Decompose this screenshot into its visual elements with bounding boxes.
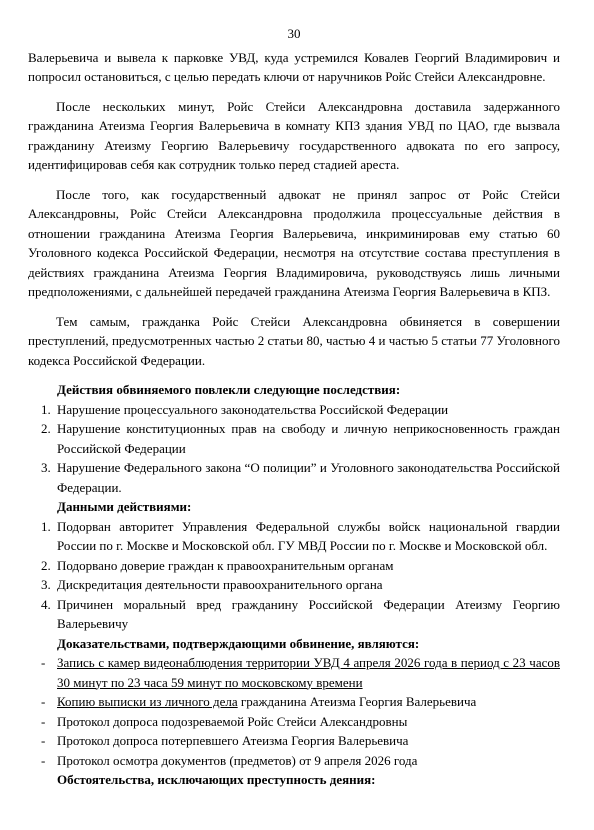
list-item: 2. Подорвано доверие граждан к правоохра… — [28, 556, 560, 576]
paragraph: После того, как государственный адвокат … — [28, 185, 560, 302]
list-item: - Протокол допроса потерпевшего Атеизма … — [28, 731, 560, 751]
list-item-text: Нарушение конституционных прав на свобод… — [57, 421, 560, 456]
paragraph: После нескольких минут, Ройс Стейси Алек… — [28, 97, 560, 175]
list-item: - Протокол осмотра документов (предметов… — [28, 751, 560, 771]
document-page: 30 Валерьевича и вывела к парковке УВД, … — [0, 0, 594, 830]
list-item-text: Дискредитация деятельности правоохраните… — [57, 577, 383, 592]
list-item: - Протокол допроса подозреваемой Ройс Ст… — [28, 712, 560, 732]
list-marker: 3. — [41, 575, 57, 595]
list-marker: - — [41, 751, 57, 771]
evidence-list: - Запись с камер видеонаблюдения террито… — [28, 653, 560, 770]
list-item: 3. Дискредитация деятельности правоохран… — [28, 575, 560, 595]
list-item-text: Протокол допроса потерпевшего Атеизма Ге… — [57, 733, 408, 748]
list-item-text: Нарушение процессуального законодательст… — [57, 402, 448, 417]
list-marker: 1. — [41, 517, 57, 537]
list-item-text: Подорвано доверие граждан к правоохранит… — [57, 558, 393, 573]
list-item-text: Нарушение Федерального закона “О полиции… — [57, 460, 560, 495]
list-item-text: Причинен моральный вред гражданину Росси… — [57, 597, 560, 632]
list-item: 1. Подорван авторитет Управления Федерал… — [28, 517, 560, 556]
list-marker: - — [41, 653, 57, 673]
list-item: 3. Нарушение Федерального закона “О поли… — [28, 458, 560, 497]
list-item: - Запись с камер видеонаблюдения террито… — [28, 653, 560, 692]
list-item-text: Подорван авторитет Управления Федерально… — [57, 519, 560, 554]
actions-list: 1. Подорван авторитет Управления Федерал… — [28, 517, 560, 634]
list-item-text: гражданина Атеизма Георгия Валерьевича — [238, 694, 477, 709]
list-marker: - — [41, 712, 57, 732]
list-item: - Копию выписки из личного дела граждани… — [28, 692, 560, 712]
section-heading-consequences: Действия обвиняемого повлекли следующие … — [57, 380, 560, 400]
list-item-text: Протокол осмотра документов (предметов) … — [57, 753, 417, 768]
page-number: 30 — [28, 24, 560, 44]
list-item-text-underlined: Запись с камер видеонаблюдения территори… — [57, 655, 560, 690]
section-heading-actions: Данными действиями: — [57, 497, 560, 517]
list-marker: 2. — [41, 419, 57, 439]
list-marker: - — [41, 692, 57, 712]
list-item-text-underlined: Копию выписки из личного дела — [57, 694, 238, 709]
section-heading-evidence: Доказательствами, подтверждающими обвине… — [57, 634, 560, 654]
list-item: 1. Нарушение процессуального законодател… — [28, 400, 560, 420]
list-item-text: Протокол допроса подозреваемой Ройс Стей… — [57, 714, 407, 729]
list-item: 4. Причинен моральный вред гражданину Ро… — [28, 595, 560, 634]
list-marker: 2. — [41, 556, 57, 576]
list-marker: 3. — [41, 458, 57, 478]
paragraph-continuation: Валерьевича и вывела к парковке УВД, куд… — [28, 48, 560, 87]
list-marker: - — [41, 731, 57, 751]
paragraph: Тем самым, гражданка Ройс Стейси Алексан… — [28, 312, 560, 371]
list-item: 2. Нарушение конституционных прав на сво… — [28, 419, 560, 458]
consequences-list: 1. Нарушение процессуального законодател… — [28, 400, 560, 498]
section-heading-circumstances: Обстоятельства, исключающих преступность… — [57, 770, 560, 790]
list-marker: 1. — [41, 400, 57, 420]
list-marker: 4. — [41, 595, 57, 615]
